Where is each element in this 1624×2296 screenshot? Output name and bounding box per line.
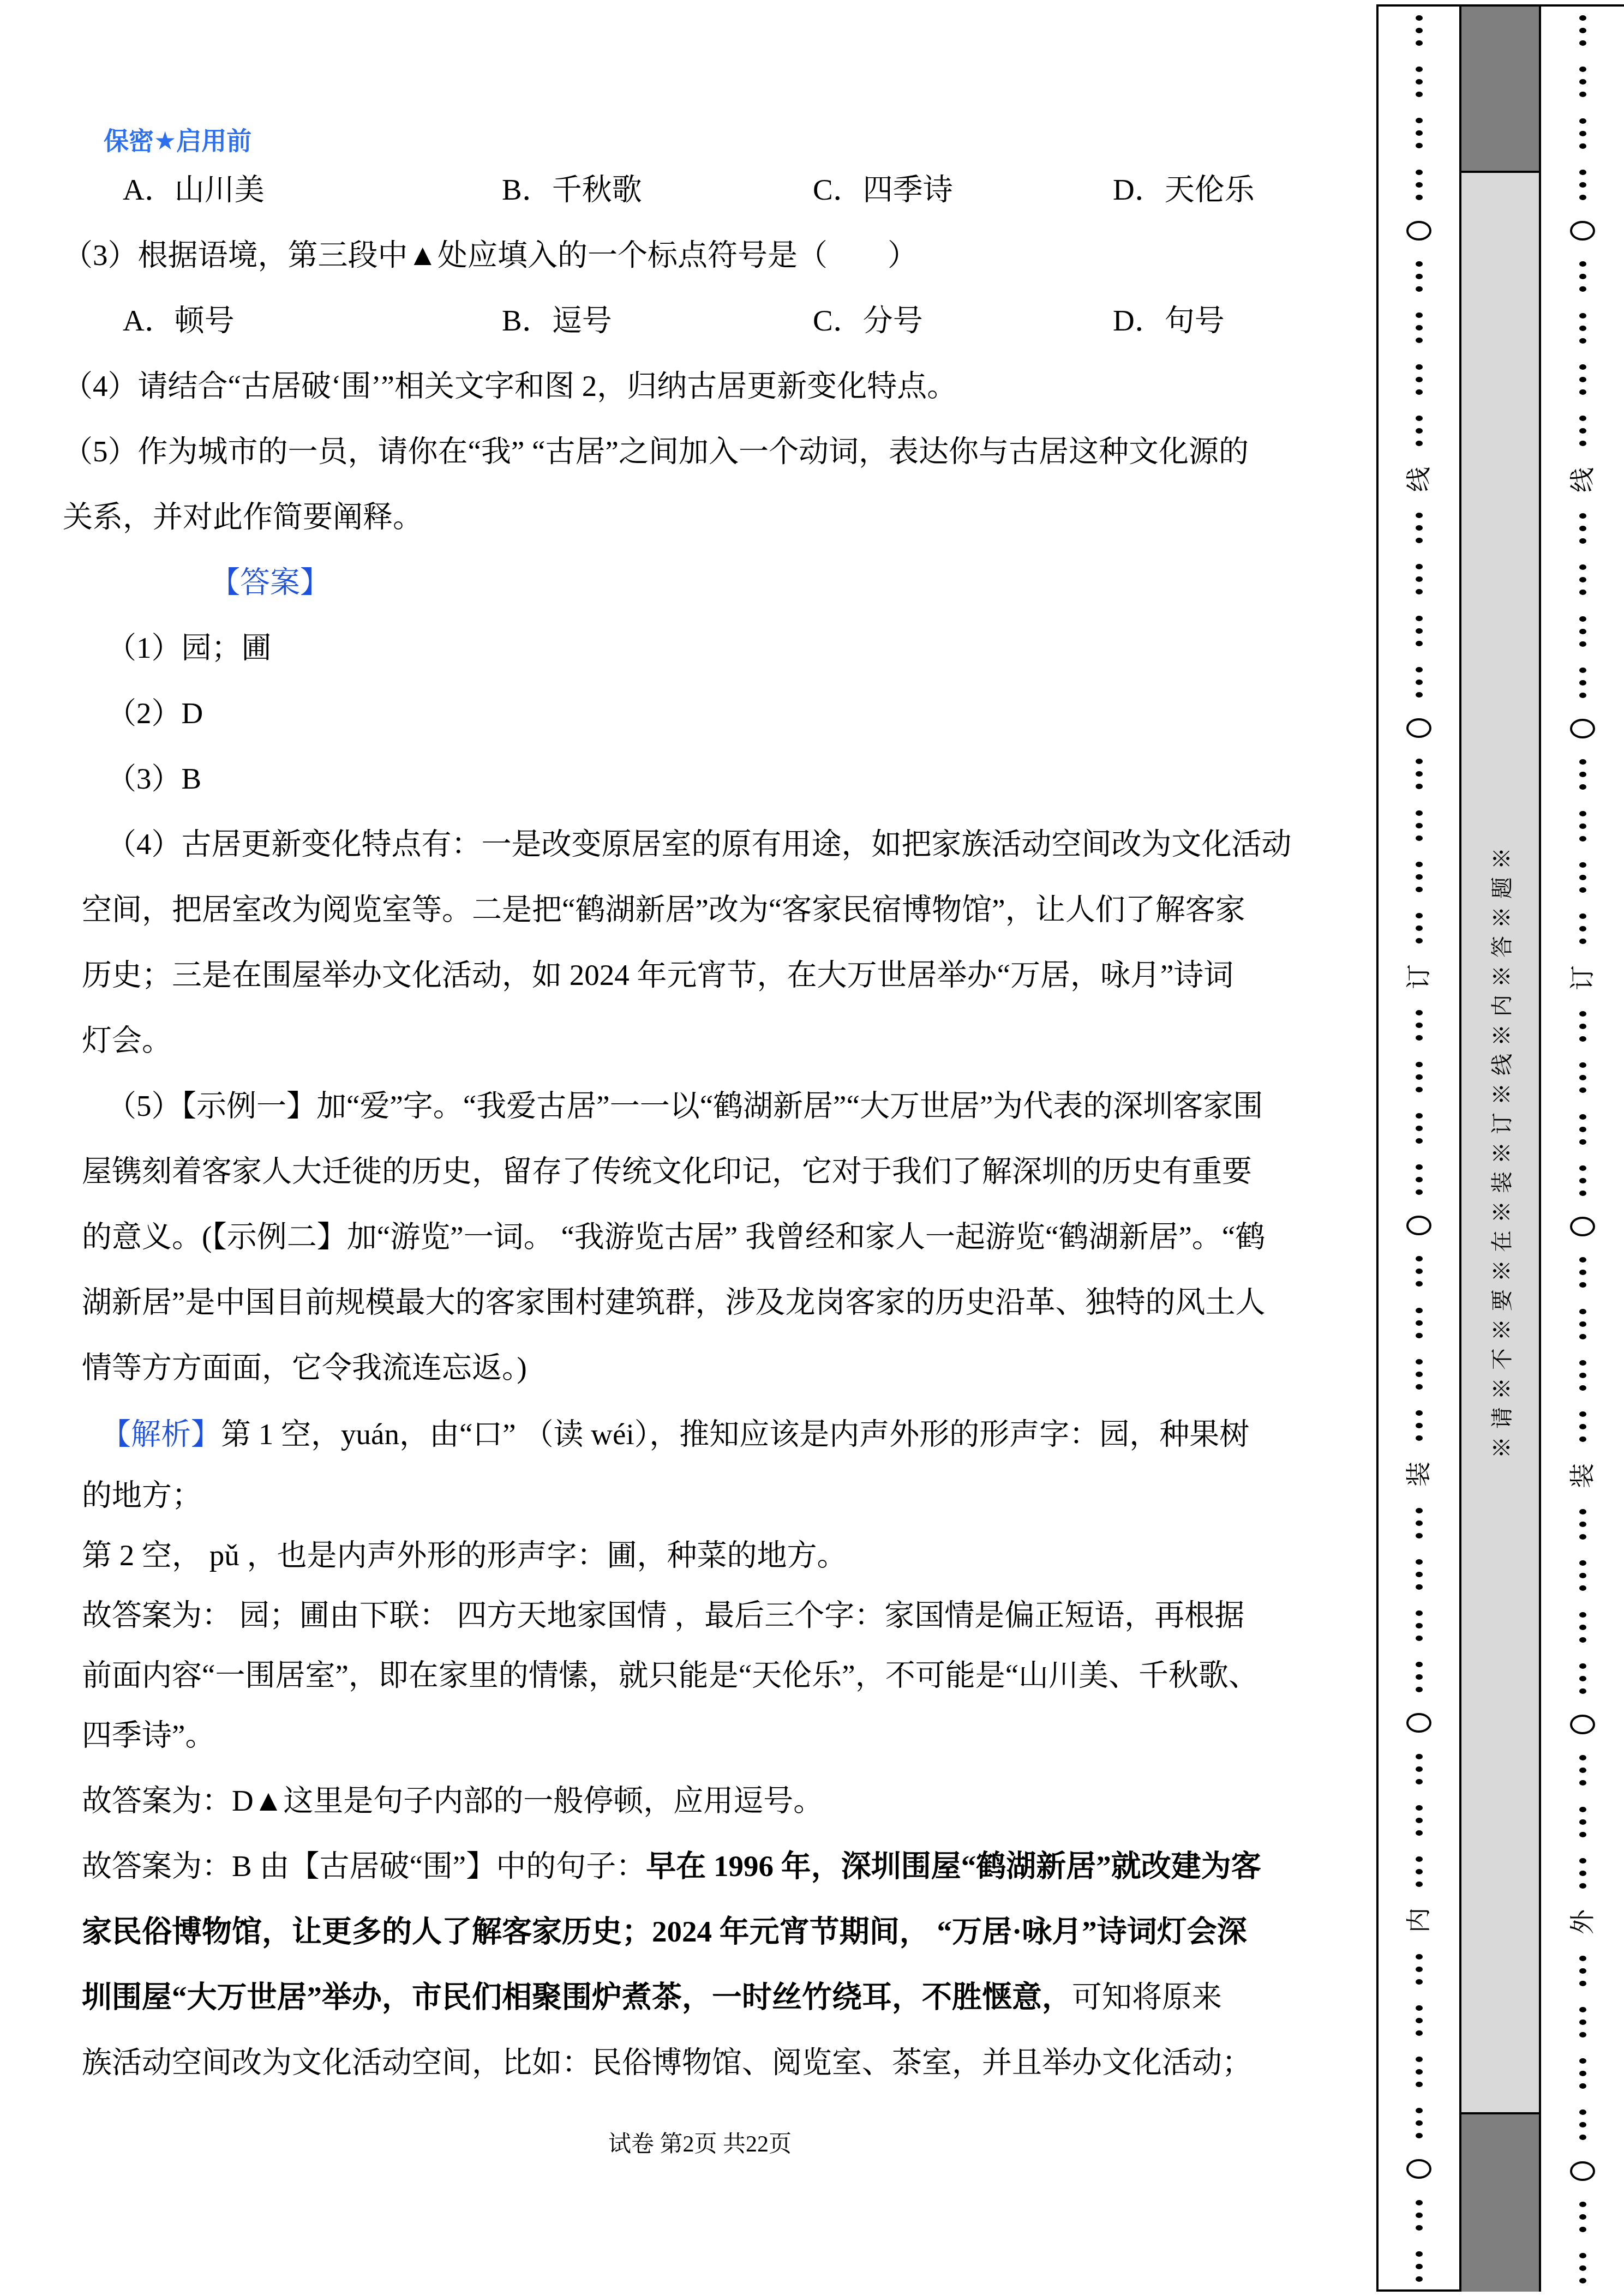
- dotted-line-icon: [1579, 616, 1586, 647]
- dotted-line-icon: [1416, 118, 1423, 148]
- text-segment: 早在 1996 年，深圳围屋“鹤湖新居”就改建为客: [646, 1849, 1261, 1883]
- dotted-line-icon: [1579, 2253, 1586, 2283]
- dotted-line-icon: [1579, 261, 1586, 292]
- dotted-line-icon: [1416, 2200, 1423, 2231]
- dotted-line-icon: [1416, 15, 1423, 46]
- text-segment: 第 1 空，yuán，由“口” （读 wéi），推知应该是内声外形的形声字：园，…: [221, 1417, 1249, 1451]
- text-segment: 可知将原来: [1072, 1980, 1222, 2013]
- binding-strip-top-block: [1461, 7, 1539, 173]
- choice-b: B．逗号: [502, 304, 612, 338]
- dotted-line-icon: [1579, 1807, 1586, 1837]
- dotted-line-icon: [1416, 1308, 1423, 1338]
- page-footer: 试卷 第2页 共22页: [608, 2126, 792, 2159]
- text-segment: 族活动空间改为文化活动空间，比如：民俗博物馆、阅览室、茶室，并且举办文化活动；: [82, 2046, 1252, 2079]
- binding-strip-notice: ※请※不※要※在※装※订※线※内※答※题※: [1485, 840, 1516, 1458]
- dotted-line-icon: [1579, 1114, 1586, 1145]
- analysis-line: 故答案为： 园；圃由下联： 四方天地家国情 ，最后三个字：家国情是偏正短语，再根…: [82, 1599, 1244, 1632]
- text-segment: （4）请结合“古居破‘围’”相关文字和图 2，归纳古居更新变化特点。: [63, 369, 957, 402]
- text-segment: 的意义。(【示例二】加“游览”一词。 “我游览古居” 我曾经和家人一起游览“鹤湖…: [82, 1220, 1265, 1253]
- dotted-line-icon: [1416, 513, 1423, 543]
- exam-page: 保密★启用前 A．山川美B．千秋歌C．四季诗D．天伦乐（3）根据语境，第三段中▲…: [0, 0, 1624, 2296]
- dotted-line-icon: [1416, 1954, 1423, 1985]
- text-segment: 故答案为：B 由【古居破“围”】中的句子：: [82, 1849, 646, 1883]
- dotted-line-icon: [1579, 1858, 1586, 1889]
- text-segment: 的地方；: [82, 1478, 202, 1512]
- answer-header: 【答案】: [210, 566, 330, 599]
- text-segment: （3）根据语境，第三段中▲处应填入的一个标点符号是（ ）: [63, 238, 918, 272]
- choice-c: C．分号: [813, 304, 923, 338]
- text-segment: （1）园；圃: [106, 631, 272, 664]
- analysis-line: 家民俗博物馆，让更多的人了解客家历史；2024 年元宵节期间， “万居·咏月”诗…: [82, 1915, 1247, 1949]
- analysis-line: 圳围屋“大万世居”举办，市民们相聚围炉煮茶，一时丝竹绕耳，不胜惬意，可知将原来: [82, 1981, 1222, 2014]
- binding-char: 线: [1406, 467, 1431, 492]
- punch-hole-icon: [1570, 1217, 1595, 1236]
- analysis-line: 故答案为：B 由【古居破“围”】中的句子：早在 1996 年，深圳围屋“鹤湖新居…: [82, 1850, 1261, 1883]
- dotted-line-icon: [1579, 1062, 1586, 1093]
- choice-d: D．句号: [1113, 304, 1225, 338]
- dotted-line-icon: [1579, 1560, 1586, 1591]
- dotted-line-icon: [1579, 2058, 1586, 2089]
- answer-line: 湖新居”是中国目前规模最大的客家围村建筑群，涉及龙岗客家的历史沿革、独特的风土人: [82, 1286, 1265, 1319]
- text-segment: （4）古居更新变化特点有：一是改变原居室的原有用途，如把家族活动空间改为文化活动: [106, 827, 1292, 861]
- dotted-line-icon: [1579, 2202, 1586, 2232]
- text-segment: 家民俗博物馆，让更多的人了解客家历史；2024 年元宵节期间， “万居·咏月”诗…: [82, 1915, 1247, 1948]
- text-segment: 故答案为：D▲这里是句子内部的一般停顿，应用逗号。: [82, 1784, 823, 1817]
- dotted-line-icon: [1579, 313, 1586, 344]
- answer-line: （2）D: [106, 697, 203, 730]
- dotted-line-icon: [1416, 1113, 1423, 1144]
- analysis-line: 第 2 空， pǔ ，也是内声外形的形声字：圃，种菜的地方。: [82, 1539, 847, 1572]
- dotted-line-icon: [1416, 67, 1423, 97]
- choice-b: B．千秋歌: [502, 173, 642, 207]
- dotted-line-icon: [1416, 170, 1423, 200]
- dotted-line-icon: [1579, 2007, 1586, 2037]
- answer-line: 灯会。: [82, 1024, 172, 1057]
- binding-char: 装: [1406, 1462, 1431, 1487]
- dotted-line-icon: [1579, 513, 1586, 544]
- punch-hole-icon: [1406, 221, 1431, 241]
- binding-strip-bottom-block: [1461, 2112, 1539, 2292]
- dotted-line-icon: [1579, 1509, 1586, 1540]
- dotted-line-icon: [1416, 1662, 1423, 1692]
- dotted-line-icon: [1416, 1508, 1423, 1538]
- question-line: 关系，并对此作简要阐释。: [63, 501, 423, 534]
- dotted-line-icon: [1579, 2109, 1586, 2140]
- dotted-line-icon: [1579, 1257, 1586, 1288]
- binding-char: 订: [1406, 964, 1431, 989]
- punch-hole-icon: [1406, 1713, 1431, 1733]
- answer-line: 历史；三是在围屋举办文化活动，如 2024 年元宵节，在大万世居举办“万居，咏月…: [82, 959, 1233, 992]
- punch-hole-icon: [1406, 2159, 1431, 2179]
- punch-hole-icon: [1570, 719, 1595, 738]
- dotted-line-icon: [1416, 1062, 1423, 1092]
- text-segment: 前面内容“一围居室”，即在家里的情愫，就只能是“天伦乐”，不可能是“山川美、千秋…: [82, 1658, 1259, 1692]
- dotted-line-icon: [1416, 261, 1423, 292]
- text-segment: 故答案为： 园；圃由下联： 四方天地家国情 ，最后三个字：家国情是偏正短语，再根…: [82, 1598, 1244, 1632]
- answer-line: （3）B: [106, 762, 201, 796]
- punch-hole-icon: [1406, 1216, 1431, 1235]
- dotted-line-icon: [1416, 1805, 1423, 1836]
- text-segment: 圳围屋“大万世居”举办，市民们相聚围炉煮茶，一时丝竹绕耳，不胜惬意，: [82, 1980, 1072, 2013]
- dotted-line-icon: [1416, 416, 1423, 446]
- binding-char: 内: [1406, 1908, 1431, 1933]
- question-line: （5）作为城市的一员，请你在“我” “古居”之间加入一个动词，表达你与古居这种文…: [63, 435, 1249, 468]
- punch-hole-icon: [1570, 1715, 1595, 1734]
- dotted-line-icon: [1416, 1410, 1423, 1441]
- analysis-line: 前面内容“一围居室”，即在家里的情愫，就只能是“天伦乐”，不可能是“山川美、千秋…: [82, 1659, 1259, 1692]
- analysis-line: 族活动空间改为文化活动空间，比如：民俗博物馆、阅览室、茶室，并且举办文化活动；: [82, 2046, 1252, 2079]
- question-line: （3）根据语境，第三段中▲处应填入的一个标点符号是（ ）: [63, 239, 918, 272]
- dotted-line-icon: [1416, 1856, 1423, 1887]
- text-segment: （5）【示例一】加“爱”字。“我爱古居”一一以“鹤湖新居”“大万世居”为代表的深…: [106, 1089, 1263, 1122]
- text-segment: 湖新居”是中国目前规模最大的客家围村建筑群，涉及龙岗客家的历史沿革、独特的风土人: [82, 1285, 1265, 1319]
- punch-hole-icon: [1570, 221, 1595, 241]
- answer-line: （1）园；圃: [106, 632, 272, 665]
- answer-label: 【答案】: [210, 566, 330, 599]
- choice-a: A．山川美: [123, 173, 265, 207]
- dotted-line-icon: [1416, 2108, 1423, 2138]
- answer-line: 的意义。(【示例二】加“游览”一词。 “我游览古居” 我曾经和家人一起游览“鹤湖…: [82, 1221, 1265, 1254]
- text-segment: 屋镌刻着客家人大迁徙的历史，留存了传统文化印记，它对于我们了解深圳的历史有重要: [82, 1155, 1252, 1188]
- text-segment: （5）作为城市的一员，请你在“我” “古居”之间加入一个动词，表达你与古居这种文…: [63, 435, 1249, 468]
- dotted-line-icon: [1416, 1559, 1423, 1590]
- dotted-line-icon: [1579, 564, 1586, 595]
- choice-c: C．四季诗: [813, 173, 953, 207]
- choice-a: A．顿号: [123, 304, 235, 338]
- answer-line: 情等方方面面，它令我流连忘返。): [82, 1351, 527, 1385]
- dotted-line-icon: [1579, 1011, 1586, 1042]
- dotted-line-icon: [1416, 1010, 1423, 1041]
- binding-char: 线: [1570, 467, 1595, 492]
- dotted-line-icon: [1416, 2251, 1423, 2282]
- analysis-line: 【解析】第 1 空，yuán，由“口” （读 wéi），推知应该是内声外形的形声…: [101, 1418, 1249, 1451]
- analysis-line: 四季诗”。: [82, 1719, 215, 1752]
- dotted-line-icon: [1579, 15, 1586, 46]
- analysis-line: 故答案为：D▲这里是句子内部的一般停顿，应用逗号。: [82, 1784, 823, 1818]
- binding-column-outer: 线订装外: [1541, 7, 1624, 2292]
- dotted-line-icon: [1579, 862, 1586, 893]
- text-segment: 历史；三是在围屋举办文化活动，如 2024 年元宵节，在大万世居举办“万居，咏月…: [82, 958, 1233, 991]
- question-line: （4）请结合“古居破‘围’”相关文字和图 2，归纳古居更新变化特点。: [63, 370, 957, 403]
- dotted-line-icon: [1416, 2005, 1423, 2036]
- answer-line: 空间，把居室改为阅览室等。二是把“鹤湖新居”改为“客家民宿博物馆”，让人们了解客…: [82, 893, 1245, 927]
- answer-line: （5）【示例一】加“爱”字。“我爱古居”一一以“鹤湖新居”“大万世居”为代表的深…: [106, 1090, 1263, 1123]
- text-segment: （3）B: [106, 762, 201, 795]
- dotted-line-icon: [1416, 312, 1423, 343]
- analysis-line: 的地方；: [82, 1479, 202, 1512]
- dotted-line-icon: [1579, 170, 1586, 200]
- binding-strip: ※请※不※要※在※装※订※线※内※答※题※: [1459, 7, 1541, 2292]
- binding-char: 装: [1570, 1463, 1595, 1488]
- dotted-line-icon: [1416, 1359, 1423, 1390]
- dotted-line-icon: [1416, 564, 1423, 594]
- dotted-line-icon: [1416, 913, 1423, 943]
- binding-column-inner: 线订装内: [1376, 7, 1459, 2292]
- dotted-line-icon: [1416, 667, 1423, 698]
- dotted-line-icon: [1579, 118, 1586, 149]
- dotted-line-icon: [1579, 1411, 1586, 1442]
- dotted-line-icon: [1416, 1754, 1423, 1784]
- dotted-line-icon: [1416, 1610, 1423, 1641]
- dotted-line-icon: [1579, 67, 1586, 97]
- dotted-line-icon: [1579, 364, 1586, 395]
- dotted-line-icon: [1579, 759, 1586, 790]
- dotted-line-icon: [1416, 2057, 1423, 2087]
- dotted-line-icon: [1579, 1360, 1586, 1391]
- dotted-line-icon: [1579, 668, 1586, 698]
- answer-line: 屋镌刻着客家人大迁徙的历史，留存了传统文化印记，它对于我们了解深圳的历史有重要: [82, 1155, 1252, 1188]
- dotted-line-icon: [1579, 416, 1586, 446]
- dotted-line-icon: [1579, 1165, 1586, 1196]
- dotted-line-icon: [1416, 1256, 1423, 1287]
- text-segment: 第 2 空， pǔ ，也是内声外形的形声字：圃，种菜的地方。: [82, 1538, 847, 1572]
- dotted-line-icon: [1416, 364, 1423, 395]
- text-segment: （2）D: [106, 696, 203, 730]
- dotted-line-icon: [1579, 1309, 1586, 1339]
- binding-char: 订: [1570, 965, 1595, 990]
- dotted-line-icon: [1416, 759, 1423, 789]
- text-segment: 空间，把居室改为阅览室等。二是把“鹤湖新居”改为“客家民宿博物馆”，让人们了解客…: [82, 893, 1245, 926]
- text-segment: 情等方方面面，它令我流连忘返。): [82, 1351, 527, 1384]
- dotted-line-icon: [1579, 913, 1586, 944]
- dotted-line-icon: [1416, 616, 1423, 646]
- dotted-line-icon: [1579, 1755, 1586, 1786]
- text-segment: 关系，并对此作简要阐释。: [63, 500, 423, 533]
- choice-d: D．天伦乐: [1113, 173, 1255, 207]
- punch-hole-icon: [1406, 718, 1431, 738]
- answer-line: （4）古居更新变化特点有：一是改变原居室的原有用途，如把家族活动空间改为文化活动: [106, 828, 1292, 861]
- dotted-line-icon: [1579, 1612, 1586, 1643]
- dotted-line-icon: [1579, 811, 1586, 842]
- binding-margin: 线订装内 ※请※不※要※在※装※订※线※内※答※题※ 线订装外: [1376, 4, 1624, 2292]
- binding-char: 外: [1570, 1909, 1595, 1934]
- dotted-line-icon: [1416, 862, 1423, 892]
- dotted-line-icon: [1416, 1164, 1423, 1195]
- dotted-line-icon: [1416, 810, 1423, 841]
- analysis-label: 【解析】: [101, 1417, 221, 1451]
- dotted-line-icon: [1579, 1663, 1586, 1694]
- text-segment: 灯会。: [82, 1024, 172, 1057]
- dotted-line-icon: [1579, 1956, 1586, 1986]
- text-segment: 四季诗”。: [82, 1718, 215, 1752]
- punch-hole-icon: [1570, 2161, 1595, 2181]
